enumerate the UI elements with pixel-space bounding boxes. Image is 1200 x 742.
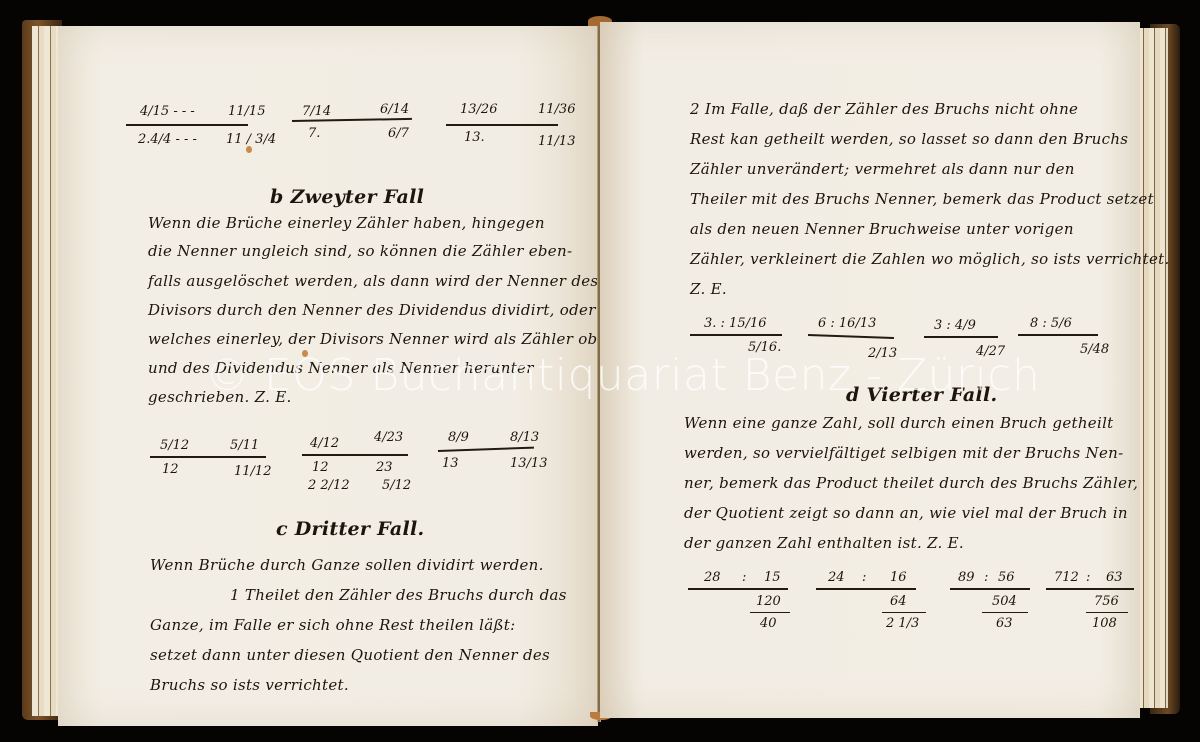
whole-example-2-sep: : xyxy=(862,570,866,585)
foxing-spot xyxy=(246,146,252,153)
example-5-extra-left: 2 2/12 xyxy=(308,478,350,493)
section-b-line: welches einerley, der Divisors Nenner wi… xyxy=(148,330,617,348)
section-d-line: der ganzen Zahl enthalten ist. Z. E. xyxy=(684,534,964,552)
example-5-bottom-right: 23 xyxy=(376,460,393,475)
example-1-bottom-right: 11 / 3/4 xyxy=(226,132,276,147)
section-2-line: Zähler, verkleinert die Zahlen wo möglic… xyxy=(690,250,1170,268)
fraction-bar xyxy=(924,336,998,338)
section-c-line: Bruchs so ists verrichtet. xyxy=(150,676,349,694)
example-3-bottom-right: 11/13 xyxy=(538,134,575,149)
example-1-top-right: 11/15 xyxy=(228,104,265,119)
example-2-top-left: 7/14 xyxy=(302,104,331,119)
example-6-top-left: 8/9 xyxy=(448,430,469,445)
whole-example-4-line1: 756 xyxy=(1094,594,1119,609)
fraction-bar xyxy=(126,124,248,126)
section-2-line: Zähler unverändert; vermehret als dann n… xyxy=(690,160,1075,178)
division-example-3-top: 3 : 4/9 xyxy=(934,318,976,333)
section-2-line: Z. E. xyxy=(690,280,727,298)
whole-example-2-line1: 64 xyxy=(890,594,907,609)
whole-example-1-sep: : xyxy=(742,570,746,585)
section-c-line: Ganze, im Falle er sich ohne Rest theile… xyxy=(150,616,515,634)
whole-example-2-left: 24 xyxy=(828,570,845,585)
section-c-heading: c Dritter Fall. xyxy=(276,518,424,540)
example-5-bottom-left: 12 xyxy=(312,460,329,475)
section-c-line: setzet dann unter diesen Quotient den Ne… xyxy=(150,646,550,664)
whole-example-4-line2: 108 xyxy=(1092,616,1117,631)
section-b-line: Divisors durch den Nenner des Dividendus… xyxy=(148,301,596,319)
example-6-bottom-right: 13/13 xyxy=(510,456,547,471)
section-2-line: Rest kan getheilt werden, so lasset so d… xyxy=(690,130,1128,148)
section-b-line: die Nenner ungleich sind, so können die … xyxy=(148,242,572,260)
page-stack-right xyxy=(1138,28,1168,708)
example-2-top-right: 6/14 xyxy=(380,102,409,117)
section-b-line: falls ausgelöschet werden, als dann wird… xyxy=(148,272,598,290)
section-b-heading: b Zweyter Fall xyxy=(270,186,424,208)
fraction-bar xyxy=(302,454,408,456)
fraction-bar xyxy=(882,612,926,613)
section-2-line: als den neuen Nenner Bruchweise unter vo… xyxy=(690,220,1074,238)
whole-example-3-left: 89 xyxy=(958,570,975,585)
copyright-watermark: © EOS Buchantiquariat Benz - Zürich xyxy=(205,350,1040,401)
fraction-bar xyxy=(688,588,788,590)
section-c-line: 1 Theilet den Zähler des Bruchs durch da… xyxy=(230,586,567,604)
whole-example-3-right: 56 xyxy=(998,570,1015,585)
fraction-bar xyxy=(690,334,782,336)
fraction-bar xyxy=(446,124,558,126)
division-example-4-top: 8 : 5/6 xyxy=(1030,316,1072,331)
division-example-2-top: 6 : 16/13 xyxy=(818,316,876,331)
fraction-bar xyxy=(1018,334,1098,336)
whole-example-3-sep: : xyxy=(984,570,988,585)
example-1-top-left: 4/15 - - - xyxy=(140,104,195,119)
fraction-bar xyxy=(1086,612,1128,613)
fraction-bar xyxy=(816,588,916,590)
whole-example-1-left: 28 xyxy=(704,570,721,585)
fraction-bar xyxy=(438,447,534,452)
example-3-top-left: 13/26 xyxy=(460,102,497,117)
section-2-line: Theiler mit des Bruchs Nenner, bemerk da… xyxy=(690,190,1154,208)
example-6-bottom-left: 13 xyxy=(442,456,459,471)
whole-example-3-line1: 504 xyxy=(992,594,1017,609)
division-example-4-result: 5/48 xyxy=(1080,342,1109,357)
whole-example-1-line2: 40 xyxy=(760,616,777,631)
whole-example-4-sep: : xyxy=(1086,570,1090,585)
section-d-line: ner, bemerk das Product theilet durch de… xyxy=(684,474,1138,492)
fraction-bar xyxy=(982,612,1028,613)
example-5-top-left: 4/12 xyxy=(310,436,339,451)
example-6-top-right: 8/13 xyxy=(510,430,539,445)
section-d-line: werden, so vervielfältiget selbigen mit … xyxy=(684,444,1123,462)
section-b-line: Wenn die Brüche einerley Zähler haben, h… xyxy=(148,214,545,232)
example-4-bottom-right: 11/12 xyxy=(234,464,271,479)
fraction-bar xyxy=(1046,588,1134,590)
fraction-bar xyxy=(950,588,1030,590)
whole-example-3-line2: 63 xyxy=(996,616,1013,631)
example-4-top-left: 5/12 xyxy=(160,438,189,453)
example-3-top-right: 11/36 xyxy=(538,102,575,117)
example-5-top-right: 4/23 xyxy=(374,430,403,445)
whole-example-4-left: 712 xyxy=(1054,570,1079,585)
section-2-line: 2 Im Falle, daß der Zähler des Bruchs ni… xyxy=(690,100,1078,118)
section-d-line: der Quotient zeigt so dann an, wie viel … xyxy=(684,504,1128,522)
fraction-bar xyxy=(808,334,894,339)
division-example-1-top: 3. : 15/16 xyxy=(704,316,767,331)
example-4-bottom-left: 12 xyxy=(162,462,179,477)
fraction-bar xyxy=(750,612,790,613)
fraction-bar xyxy=(150,456,266,458)
whole-example-1-line1: 120 xyxy=(756,594,781,609)
example-1-bottom-left: 2.4/4 - - - xyxy=(138,132,197,147)
example-5-extra-right: 5/12 xyxy=(382,478,411,493)
example-3-bottom-left: 13. xyxy=(464,130,485,145)
section-c-line: Wenn Brüche durch Ganze sollen dividirt … xyxy=(150,556,544,574)
example-4-top-right: 5/11 xyxy=(230,438,259,453)
whole-example-4-right: 63 xyxy=(1106,570,1123,585)
example-2-bottom-right: 6/7 xyxy=(388,126,409,141)
section-d-line: Wenn eine ganze Zahl, soll durch einen B… xyxy=(684,414,1114,432)
whole-example-2-line2: 2 1/3 xyxy=(886,616,919,631)
example-2-bottom-left: 7. xyxy=(308,126,320,141)
whole-example-1-right: 15 xyxy=(764,570,781,585)
whole-example-2-right: 16 xyxy=(890,570,907,585)
